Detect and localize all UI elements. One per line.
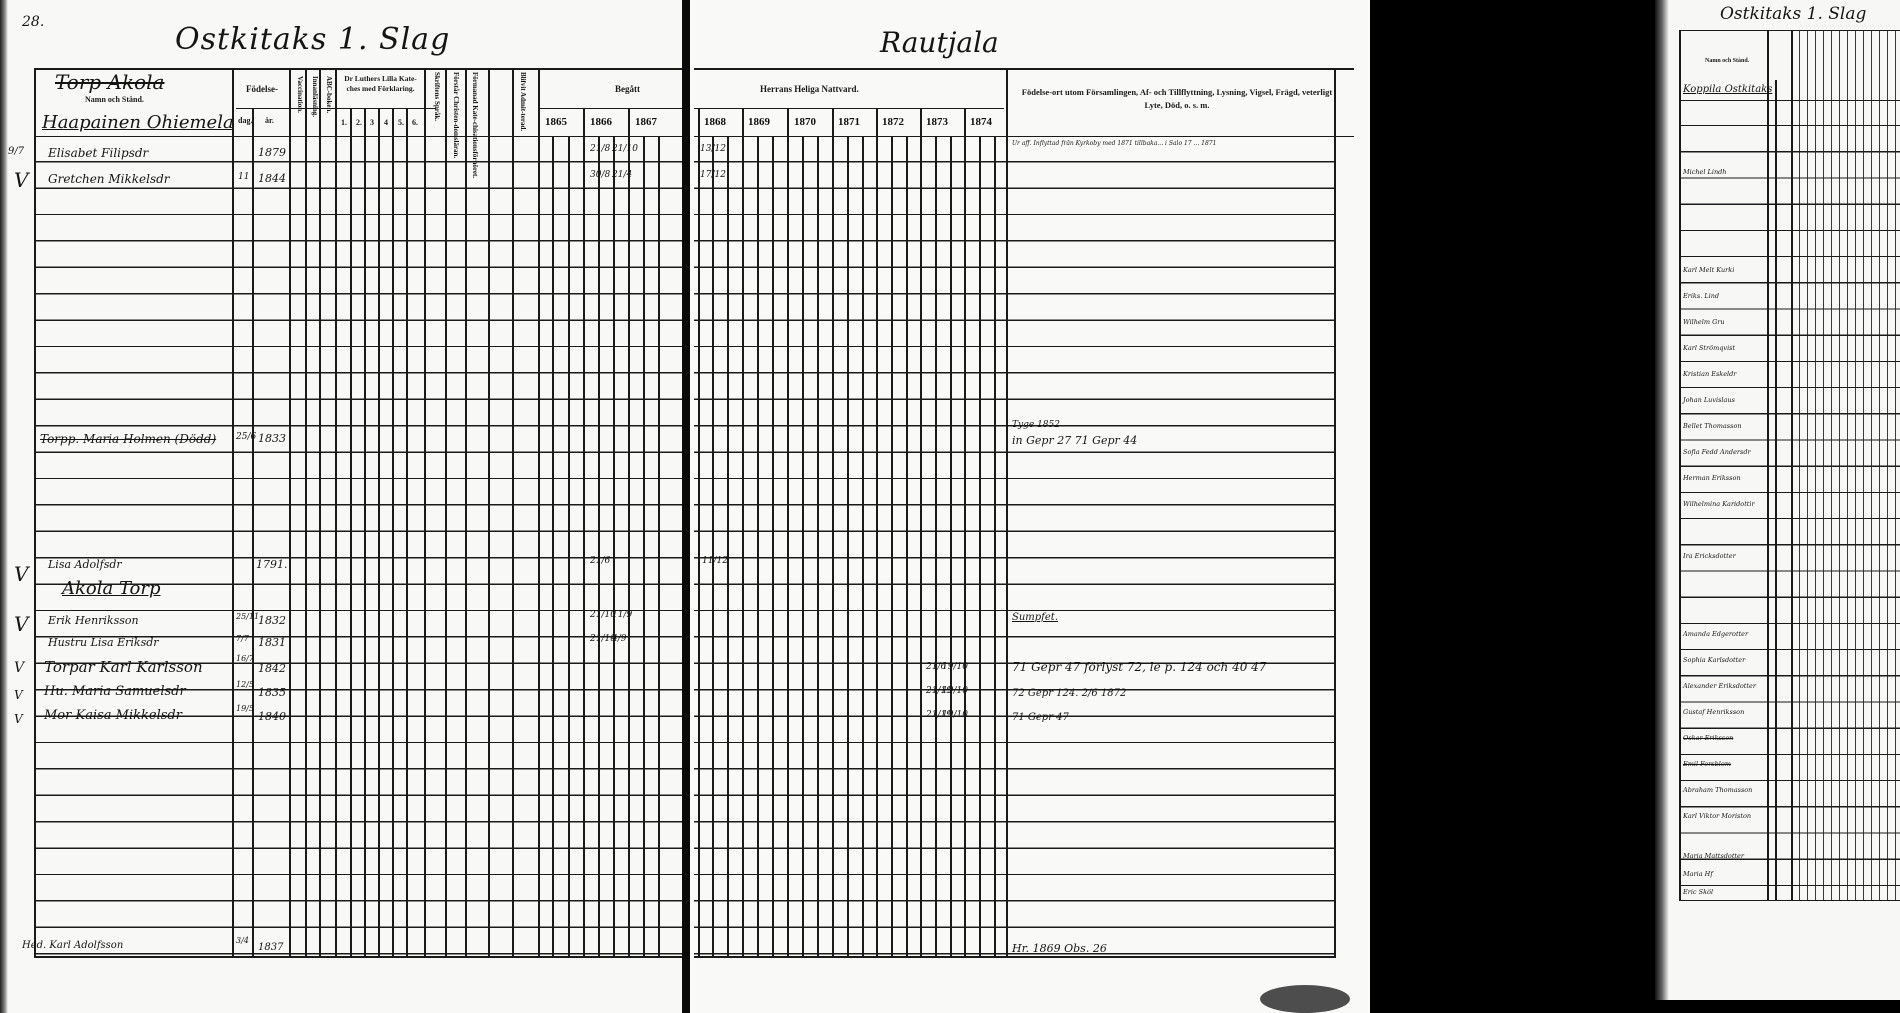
entry-margin: V — [14, 168, 28, 192]
next-page-entry: Johan Luvislaus — [1683, 396, 1735, 404]
next-page-entry: Gustaf Henriksson — [1683, 708, 1744, 716]
entry-day: 11 — [238, 172, 249, 182]
entry-day: 3/4 — [236, 936, 249, 945]
entry-margin: 9/7 — [8, 146, 24, 157]
entry-year: 1842 — [258, 662, 286, 675]
catechism-part-5: 5. — [398, 118, 404, 127]
remark-holmen-1: Tyge 1852 — [1012, 420, 1060, 430]
communion-date: 17/12 — [700, 170, 726, 180]
year-1872: 1872 — [882, 116, 904, 128]
entry-name: Hed. Karl Adolfsson — [22, 940, 123, 951]
entry-margin: V — [14, 612, 28, 636]
entry-year: 1832 — [258, 614, 286, 627]
entry-name: Hu. Maria Samuelsdr — [44, 684, 186, 699]
scripture-header: Skriftens Språk. — [433, 72, 440, 121]
communion-date: 21/8 — [590, 144, 610, 154]
next-page-entry: Maria Mattsdotter — [1683, 852, 1744, 860]
entry-year: 1791. — [256, 558, 288, 571]
year-1873: 1873 — [926, 116, 948, 128]
next-page-entry: Wilhelmina Karidottir — [1683, 500, 1755, 508]
next-page-entry: Abraham Thomasson — [1683, 786, 1752, 794]
year-1868: 1868 — [704, 116, 726, 128]
left-page: 28. Ostkitaks 1. Slag Torp Akola Namn oc… — [0, 0, 690, 1013]
communion-date: 19/10 — [942, 710, 968, 720]
remark-entry: 71 Gepr 47 förlyst 72, le p. 124 och 40 … — [1012, 660, 1266, 674]
catechism-header: Dr Luthers Lilla Kate-ches med Förklarin… — [338, 74, 423, 94]
remark-bottom: Hr. 1869 Obs. 26 — [1012, 942, 1107, 955]
catechism-part-6: 6. — [412, 118, 418, 127]
entry-day: 19/5 — [236, 704, 254, 713]
next-page: Ostkitaks 1. Slag Namn och Stånd. Koppil… — [1655, 0, 1900, 1000]
communion-date: 30/8 — [590, 170, 610, 180]
remark-top: Ur aff. Inflyttad från Kyrkoby med 1871 … — [1012, 140, 1332, 147]
catechism-part-2: 2. — [356, 118, 362, 127]
page-number: 28. — [22, 14, 44, 30]
year-1869: 1869 — [748, 116, 770, 128]
next-page-household: Koppila Ostkitaks — [1683, 84, 1772, 95]
next-page-entry: Karl Melt Kurki — [1683, 266, 1734, 274]
communion-date: 11/9 — [612, 610, 632, 620]
page-edge-shadow — [0, 0, 8, 1013]
entry-margin: V — [14, 712, 23, 726]
remark-entry: 72 Gepr 124. 2/6 1872 — [1012, 688, 1126, 699]
vaccination-header: Vaccination. — [296, 76, 303, 113]
year-1874: 1874 — [970, 116, 992, 128]
right-page: Rautjala Herrans Heliga Nattvard. Födels… — [690, 0, 1370, 1013]
admitted-header: Blifvit Admit-terad. — [519, 72, 526, 131]
communion-date: 4/9 — [612, 634, 626, 644]
entry-name: Mor Kaisa Mikkelsdr — [44, 708, 182, 723]
remark-holmen-2: in Gepr 27 71 Gepr 44 — [1012, 434, 1137, 447]
next-page-entry: Alexander Eriksdotter — [1683, 682, 1756, 690]
scan-background — [1370, 0, 1655, 1013]
next-page-entry: Karl Strömqvist — [1683, 344, 1735, 352]
next-page-entry: Herman Eriksson — [1683, 474, 1741, 482]
entry-day: 7/7 — [236, 634, 249, 643]
household-header-akola: Akola Torp — [62, 578, 161, 599]
next-page-title: Ostkitaks 1. Slag — [1720, 4, 1866, 24]
village-header: Torp Akola — [55, 70, 164, 94]
entry-name: Erik Henriksson — [48, 614, 139, 627]
entry-day: 25/11 — [236, 612, 259, 621]
entry-name: Gretchen Mikkelsdr — [48, 172, 170, 186]
entry-year: 1879 — [258, 146, 286, 159]
right-page-title: Rautjala — [880, 26, 999, 59]
communion-date: 21/6 — [590, 556, 610, 566]
next-page-entry: Karl Viktor Moriston — [1683, 812, 1751, 820]
year-1871: 1871 — [838, 116, 860, 128]
communion-date: 21/10 — [612, 144, 638, 154]
entry-margin: V — [14, 562, 28, 586]
birth-header: Födelse- — [246, 84, 278, 94]
next-page-entry: Amanda Edgerotter — [1683, 630, 1748, 638]
entry-year: 1844 — [258, 172, 286, 185]
communion-date: 11/12 — [702, 556, 728, 566]
entry-margin: V — [14, 660, 24, 676]
next-page-entry: Wilhelm Gru — [1683, 318, 1725, 326]
communion-date: 13/12 — [700, 144, 726, 154]
next-page-entry: Michel Lindh — [1683, 168, 1726, 176]
catechism-part-3: 3 — [370, 118, 374, 127]
row-grid — [34, 136, 682, 958]
next-page-entry: Ira Ericksdotter — [1683, 552, 1736, 560]
next-page-entry: Oskar Eriksson — [1683, 734, 1733, 742]
year-1870: 1870 — [794, 116, 816, 128]
next-page-entry: Eriks. Lind — [1683, 292, 1719, 300]
begatt-header: Begått — [615, 84, 640, 94]
entry-year: 1835 — [258, 686, 286, 699]
next-page-entry: Sophia Karlsdotter — [1683, 656, 1745, 664]
entry-margin: V — [14, 688, 23, 702]
communion-date: 21/4 — [612, 170, 632, 180]
year-1865: 1865 — [545, 116, 567, 128]
left-page-title: Ostkitaks 1. Slag — [175, 22, 450, 57]
entry-name: Torpar Karl Karlsson — [44, 658, 203, 676]
next-page-entry: Maria Hf — [1683, 870, 1713, 878]
catechism-part-4: 4 — [384, 118, 388, 127]
communion-date: 19/10 — [942, 686, 968, 696]
communion-date: 19/10 — [942, 662, 968, 672]
birth-year-label: år. — [265, 116, 274, 125]
year-1867: 1867 — [635, 116, 657, 128]
entry-day: 16/7 — [236, 654, 254, 663]
household-header: Haapainen Ohiemela — [42, 112, 234, 133]
abc-book-header: ABC-boken. — [325, 76, 332, 113]
remark-entry: 71 Gepr 47 — [1012, 712, 1069, 723]
entry-year: 1833 — [258, 432, 286, 445]
communion-header: Herrans Heliga Nattvard. — [760, 84, 859, 94]
next-page-entry: Eric Sköl — [1683, 888, 1713, 896]
entry-day: 12/5 — [236, 680, 254, 689]
catechism-part-1: 1. — [341, 118, 347, 127]
entry-name: Elisabet Filipsdr — [48, 146, 148, 160]
next-page-entry: Emil Forsblom — [1683, 760, 1731, 768]
remark-entry: Sumpfet. — [1012, 612, 1058, 623]
entry-year: 1840 — [258, 710, 286, 723]
entry-year: 1837 — [258, 942, 283, 953]
entry-name: Torpp. Maria Holmen (Dödd) — [40, 432, 216, 446]
remarks-header: Födelse-ort utom Församlingen, Af- och T… — [1012, 86, 1342, 112]
next-page-name-label: Namn och Stånd. — [1705, 58, 1749, 64]
entry-name: Hustru Lisa Eriksdr — [48, 636, 159, 649]
next-page-entry: Bellet Thomasson — [1683, 422, 1742, 430]
entry-name: Lisa Adolfsdr — [48, 558, 122, 571]
entry-day: 25/6 — [236, 432, 256, 442]
year-1866: 1866 — [590, 116, 612, 128]
row-grid — [694, 136, 1336, 958]
next-page-entry: Kristian Eskeldr — [1683, 370, 1736, 378]
next-page-entry: Sofia Fedd Andersdr — [1683, 448, 1751, 456]
reading-header: Innanläsning. — [311, 76, 318, 117]
birth-day-label: dag. — [238, 116, 252, 125]
entry-year: 1831 — [258, 636, 286, 649]
name-column-label: Namn och Stånd. — [85, 95, 144, 104]
